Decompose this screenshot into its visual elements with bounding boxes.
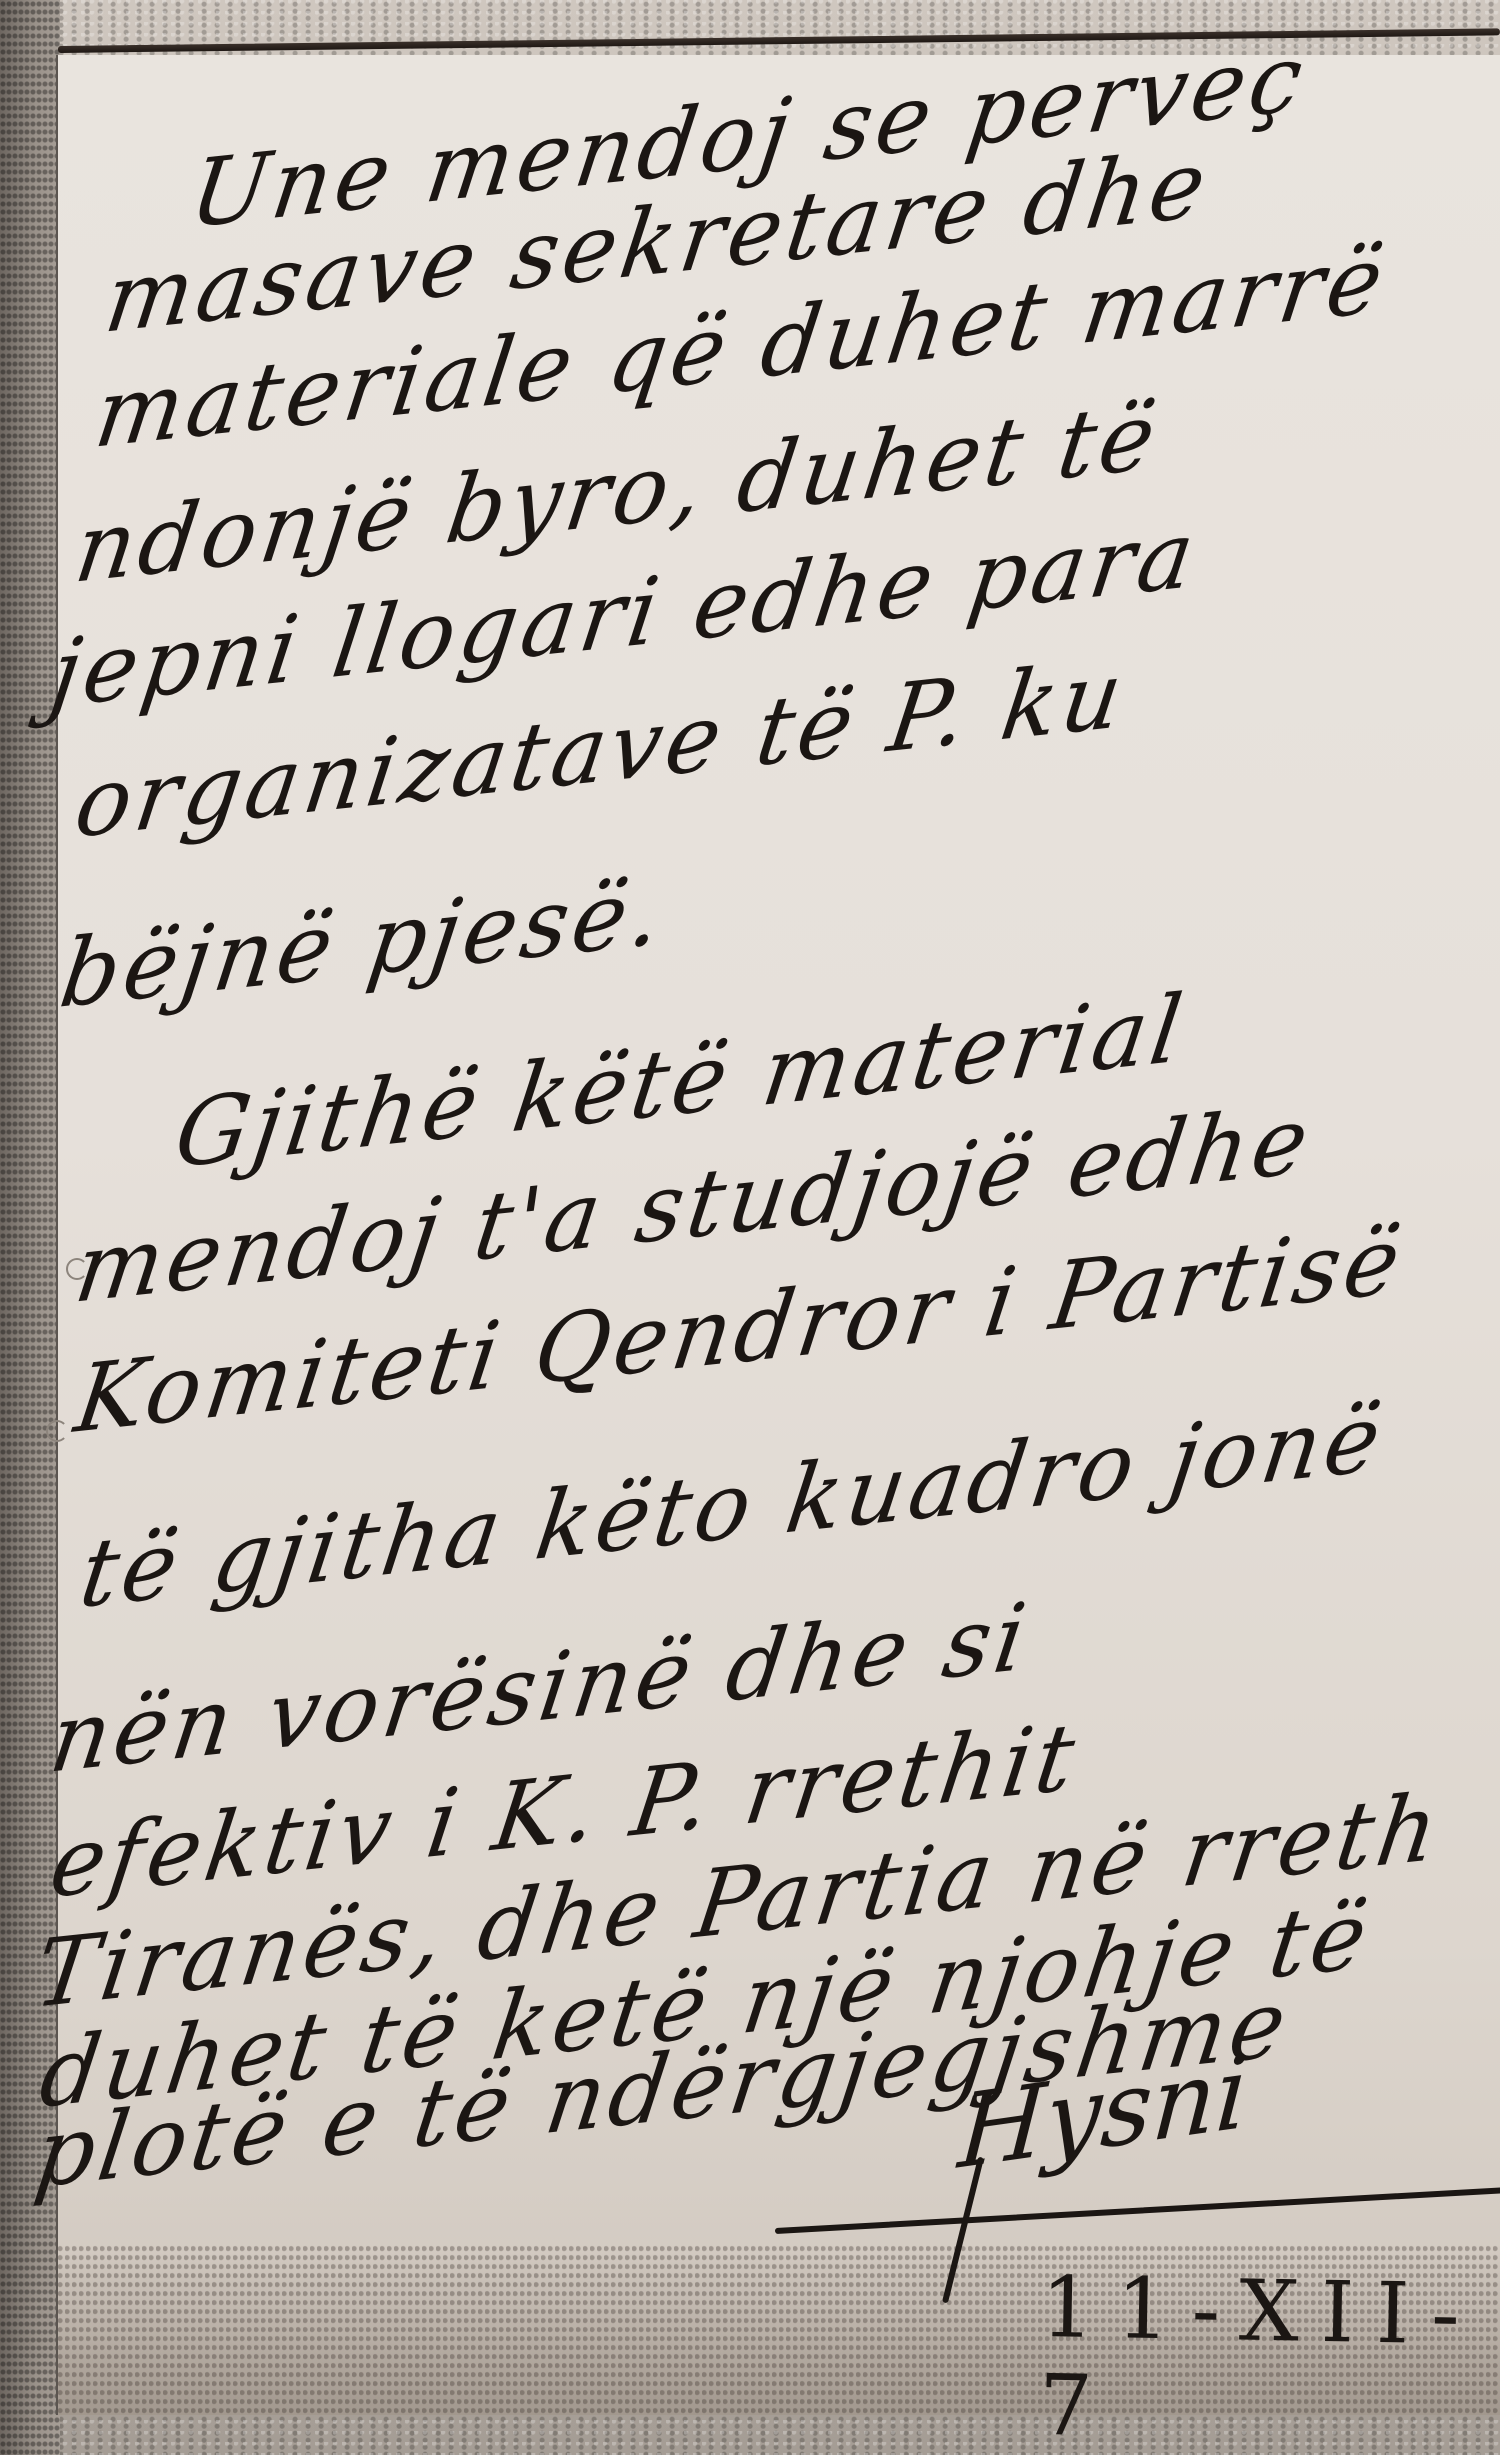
letter-date: 11-XII-7 <box>1038 2258 1500 2455</box>
handwritten-letter: Une mendoj se perveç masave sekretare dh… <box>0 0 1500 2455</box>
signature-underline <box>775 2187 1500 2234</box>
letter-line: bëjnë pjesë. <box>55 865 670 1022</box>
